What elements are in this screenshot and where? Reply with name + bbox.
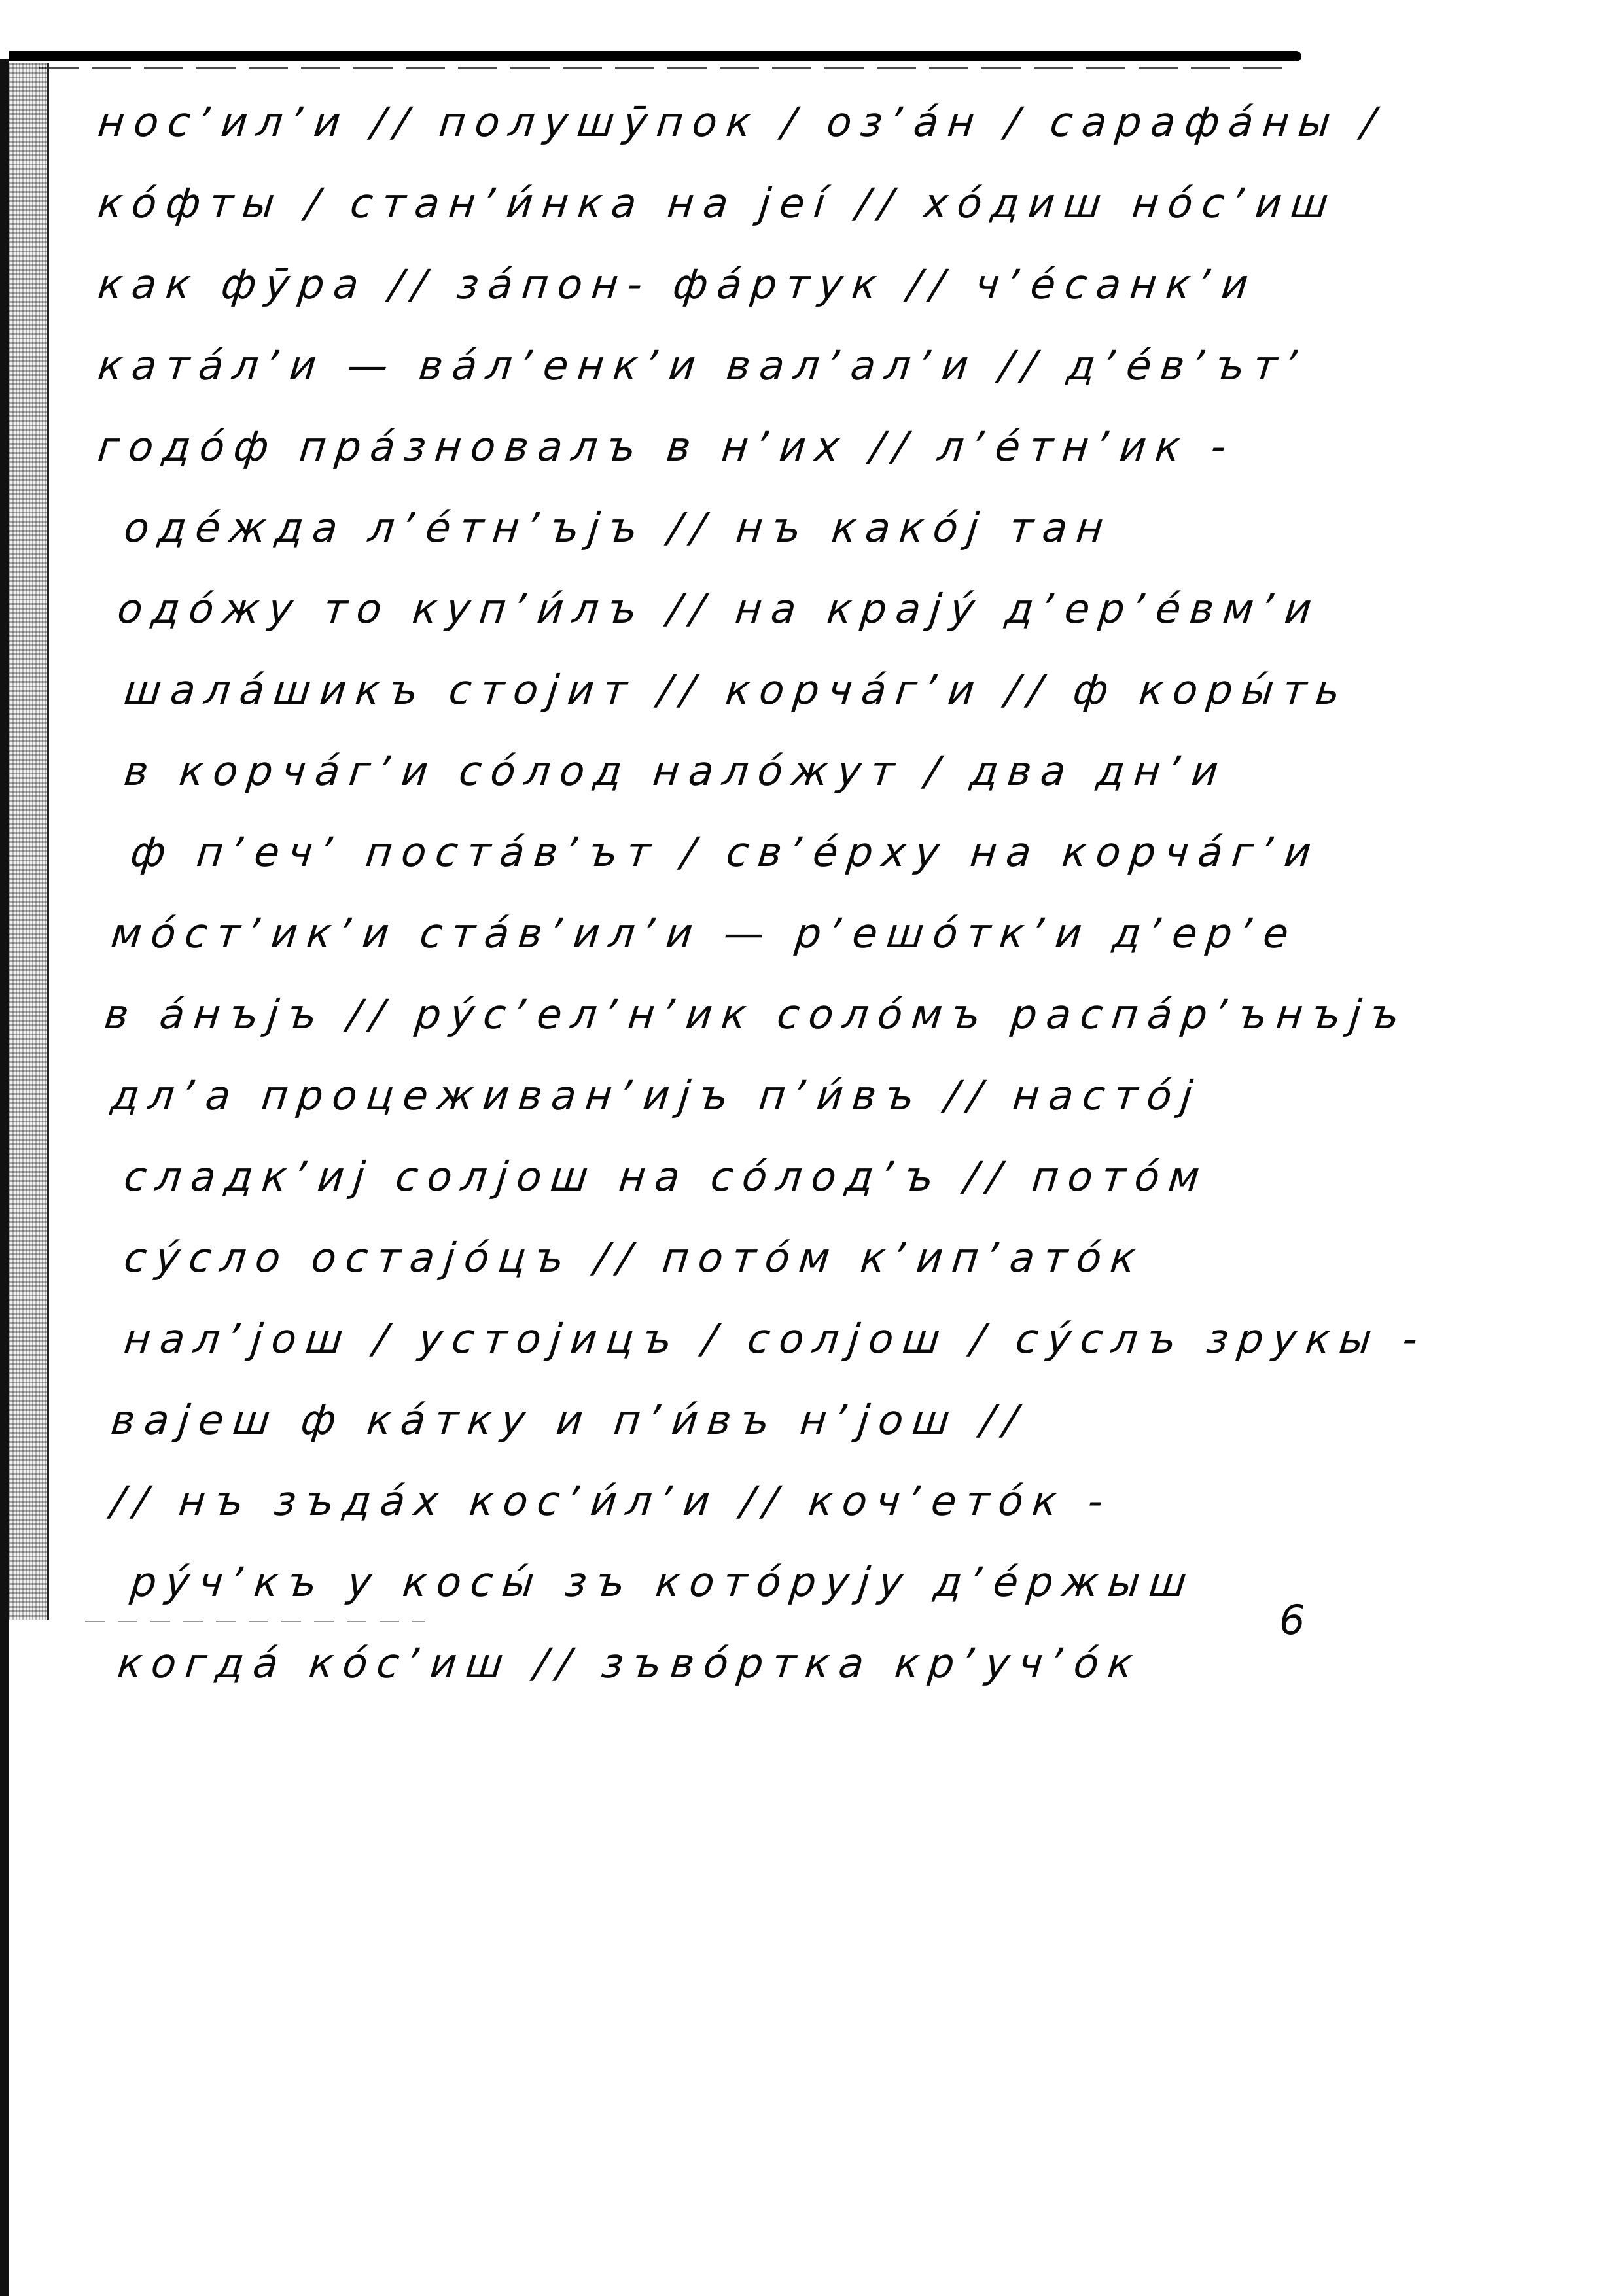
text-line: налʼјош / устојицъ / солјош / су́слъ зру… xyxy=(94,1298,1319,1380)
page-binding-strip xyxy=(9,63,49,1620)
text-line: ф пʼечʼ поста́вʼът / свʼе́рху на корча́г… xyxy=(94,812,1319,893)
text-line: в а́нъјъ // ру́сʼелʼнʼик соло́мъ распа́р… xyxy=(94,974,1319,1055)
text-line: в корча́гʼи со́лод нало́жут / два днʼи xyxy=(94,731,1319,812)
scan-top-rule xyxy=(39,67,1282,69)
scanned-page: носʼилʼи // полушӯпок / озʼа́н / сарафа́… xyxy=(0,0,1607,2296)
page-number: 6 xyxy=(1279,1596,1305,1644)
text-line: // нъ зъда́х косʼи́лʼи // кочʼето́к - xyxy=(94,1461,1319,1542)
text-line: мо́стʼикʼи ста́вʼилʼи — рʼешо́ткʼи дʼерʼ… xyxy=(94,893,1319,974)
scan-top-border xyxy=(9,51,1301,61)
text-line: одо́жу то купʼи́лъ // на крају́ дʼерʼе́в… xyxy=(94,568,1319,650)
text-line: шала́шикъ стојит // корча́гʼи // ф коры́… xyxy=(94,650,1319,731)
text-line: как фӯра // за́пон- фа́ртук // чʼе́санкʼ… xyxy=(94,244,1319,325)
text-line: ру́чʼкъ у косы́ зъ кото́рују дʼе́ржыш xyxy=(94,1542,1319,1623)
text-line: ката́лʼи — ва́лʼенкʼи валʼалʼи // дʼе́вʼ… xyxy=(94,325,1319,406)
text-line: су́сло остајо́цъ // пото́м кʼипʼато́к xyxy=(94,1217,1319,1298)
text-line: сладкʼиј солјош на со́лодʼъ // пото́м xyxy=(94,1136,1319,1217)
scan-bottom-artifact xyxy=(85,1621,425,1622)
text-line: оде́жда лʼе́тнʼъјъ // нъ како́ј тан xyxy=(94,487,1319,568)
text-line: когда́ ко́сʼиш // зъво́ртка крʼучʼо́к xyxy=(94,1623,1319,1704)
scan-left-edge xyxy=(0,59,9,2296)
text-line: вајеш ф ка́тку и пʼи́въ нʼјош // xyxy=(94,1380,1319,1461)
text-line: длʼа процеживанʼијъ пʼи́въ // насто́ј xyxy=(94,1055,1319,1136)
text-line: ко́фты / станʼи́нка на јеі́ // хо́диш но… xyxy=(94,163,1319,244)
handwritten-transcription: носʼилʼи // полушӯпок / озʼа́н / сарафа́… xyxy=(98,82,1315,1704)
text-line: годо́ф пра́зновалъ в нʼих // лʼе́тнʼик - xyxy=(94,406,1319,487)
text-line: носʼилʼи // полушӯпок / озʼа́н / сарафа́… xyxy=(94,82,1319,163)
